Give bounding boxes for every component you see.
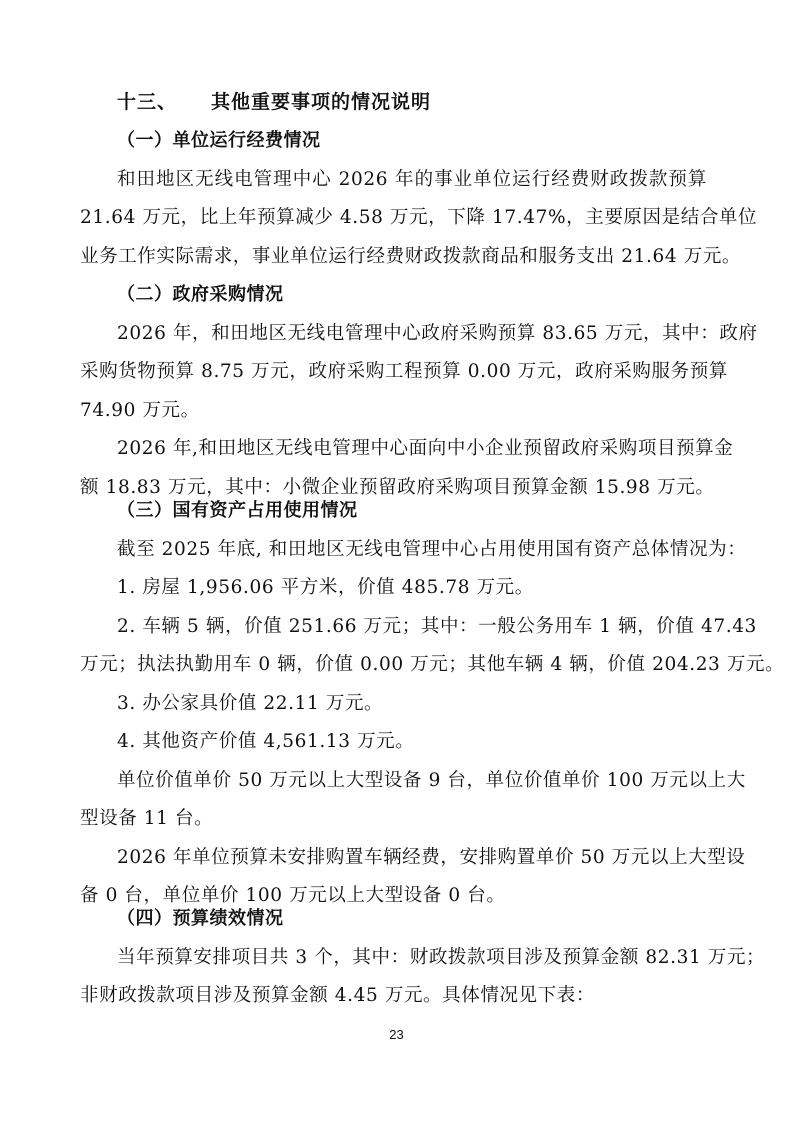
paragraph-line: 单位价值单价 50 万元以上大型设备 9 台，单位价值单价 100 万元以上大 bbox=[117, 769, 707, 793]
document-page: 十三、其他重要事项的情况说明 （一）单位运行经费情况 和田地区无线电管理中心 2… bbox=[0, 0, 793, 1122]
paragraph-line: 业务工作实际需求，事业单位运行经费财政拨款商品和服务支出 21.64 万元。 bbox=[80, 245, 707, 269]
paragraph-line: 1. 房屋 1,956.06 平方米，价值 485.78 万元。 bbox=[117, 576, 707, 600]
paragraph-line: 2026 年，和田地区无线电管理中心政府采购预算 83.65 万元，其中：政府 bbox=[117, 322, 707, 346]
subsection-heading-2: （二）政府采购情况 bbox=[117, 283, 707, 307]
paragraph-line: 备 0 台，单位单价 100 万元以上大型设备 0 台。 bbox=[80, 884, 670, 908]
paragraph-line: 采购货物预算 8.75 万元，政府采购工程预算 0.00 万元，政府采购服务预算 bbox=[80, 360, 707, 384]
subsection-heading-1: （一）单位运行经费情况 bbox=[117, 129, 707, 153]
paragraph-line: 4. 其他资产价值 4,561.13 万元。 bbox=[117, 730, 707, 754]
paragraph-line: 非财政拨款项目涉及预算金额 4.45 万元。具体情况见下表： bbox=[80, 984, 670, 1008]
paragraph-line: 3. 办公家具价值 22.11 万元。 bbox=[117, 692, 707, 716]
section-title: 其他重要事项的情况说明 bbox=[211, 91, 431, 113]
paragraph-line: 74.90 万元。 bbox=[80, 399, 670, 423]
paragraph-line: 2026 年,和田地区无线电管理中心面向中小企业预留政府采购项目预算金 bbox=[117, 437, 707, 461]
subsection-heading-3: （三）国有资产占用使用情况 bbox=[117, 499, 707, 523]
paragraph-line: 万元；执法执勤用车 0 辆，价值 0.00 万元；其他车辆 4 辆，价值 204… bbox=[80, 653, 707, 677]
section-number: 十三、 bbox=[117, 91, 177, 113]
paragraph-line: 2026 年单位预算未安排购置车辆经费，安排购置单价 50 万元以上大型设 bbox=[117, 846, 707, 870]
section-heading: 十三、其他重要事项的情况说明 bbox=[117, 90, 707, 114]
paragraph-line: 当年预算安排项目共 3 个，其中：财政拨款项目涉及预算金额 82.31 万元； bbox=[117, 946, 707, 970]
paragraph-line: 和田地区无线电管理中心 2026 年的事业单位运行经费财政拨款预算 bbox=[117, 168, 707, 192]
paragraph-line: 21.64 万元，比上年预算减少 4.58 万元，下降 17.47%，主要原因是… bbox=[80, 206, 707, 230]
page-number: 23 bbox=[0, 1027, 793, 1042]
paragraph-line: 截至 2025 年底, 和田地区无线电管理中心占用使用国有资产总体情况为： bbox=[117, 538, 707, 562]
paragraph-line: 额 18.83 万元，其中：小微企业预留政府采购项目预算金额 15.98 万元。 bbox=[80, 476, 670, 500]
subsection-heading-4: （四）预算绩效情况 bbox=[117, 907, 707, 931]
paragraph-line: 2. 车辆 5 辆，价值 251.66 万元；其中：一般公务用车 1 辆，价值 … bbox=[117, 615, 707, 639]
paragraph-line: 型设备 11 台。 bbox=[80, 807, 670, 831]
